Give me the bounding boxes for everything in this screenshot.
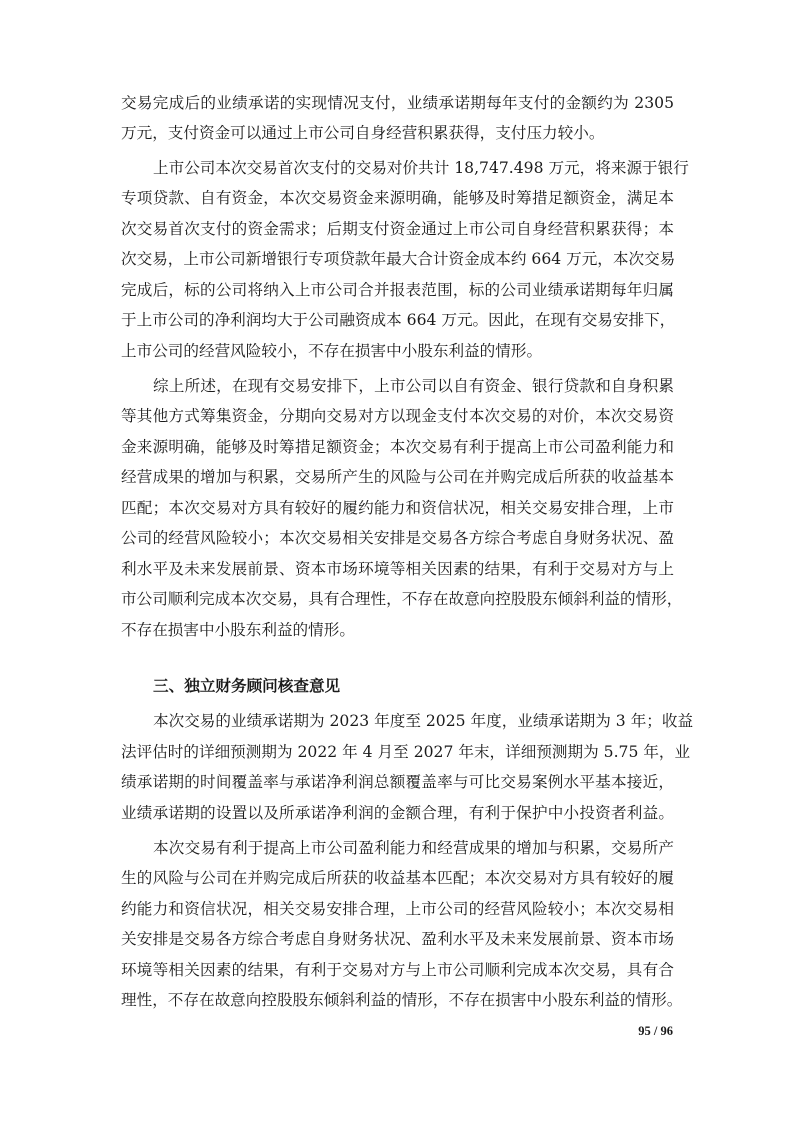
paragraph-3-line-1: 综上所述，在现有交易安排下，上市公司以自有资金、银行贷款和自身积累 xyxy=(153,374,674,398)
paragraph-2-line-2: 专项贷款、自有资金，本次交易资金来源明确，能够及时筹措足额资金，满足本 xyxy=(121,186,674,210)
paragraph-3-line-2: 等其他方式筹集资金，分期向交易对方以现金支付本次交易的对价，本次交易资 xyxy=(121,404,674,428)
paragraph-3-line-4: 经营成果的增加与积累，交易所产生的风险与公司在并购完成后所获的收益基本 xyxy=(121,465,674,489)
paragraph-3-line-3: 金来源明确，能够及时筹措足额资金；本次交易有利于提高上市公司盈利能力和 xyxy=(121,435,674,459)
section-paragraph-2-line-3: 约能力和资信状况，相关交易安排合理，上市公司的经营风险较小；本次交易相 xyxy=(121,897,674,921)
section-paragraph-1-line-1: 本次交易的业绩承诺期为 2023 年度至 2025 年度，业绩承诺期为 3 年；… xyxy=(153,709,674,733)
section-paragraph-2-line-2: 生的风险与公司在并购完成后所获的收益基本匹配；本次交易对方具有较好的履 xyxy=(121,866,674,890)
paragraph-3-line-7: 利水平及未来发展前景、资本市场环境等相关因素的结果，有利于交易对方与上 xyxy=(121,557,674,581)
paragraph-2-line-1: 上市公司本次交易首次支付的交易对价共计 18,747.498 万元，将来源于银行 xyxy=(153,156,674,180)
paragraph-2-line-3: 次交易首次支付的资金需求；后期支付资金通过上市公司自身经营积累获得；本 xyxy=(121,217,674,241)
paragraph-1-line-2: 万元，支付资金可以通过上市公司自身经营积累获得，支付压力较小。 xyxy=(121,121,674,145)
document-page: 交易完成后的业绩承诺的实现情况支付，业绩承诺期每年支付的金额约为 2305 万元… xyxy=(0,0,793,1122)
paragraph-3-line-8: 市公司顺利完成本次交易，具有合理性，不存在故意向控股股东倾斜利益的情形， xyxy=(121,587,674,611)
section-paragraph-1-line-2: 法评估时的详细预测期为 2022 年 4 月至 2027 年末，详细预测期为 5… xyxy=(121,740,674,764)
section-heading: 三、独立财务顾问核查意见 xyxy=(153,674,340,698)
section-paragraph-2-line-4: 关安排是交易各方综合考虑自身财务状况、盈利水平及未来发展前景、资本市场 xyxy=(121,927,674,951)
paragraph-2-line-4: 次交易，上市公司新增银行专项贷款年最大合计资金成本约 664 万元，本次交易 xyxy=(121,247,674,271)
paragraph-2-line-5: 完成后，标的公司将纳入上市公司合并报表范围，标的公司业绩承诺期每年归属 xyxy=(121,278,674,302)
section-paragraph-2-line-6: 理性，不存在故意向控股股东倾斜利益的情形，不存在损害中小股东利益的情形。 xyxy=(121,988,674,1012)
paragraph-2-line-6: 于上市公司的净利润均大于公司融资成本 664 万元。因此，在现有交易安排下， xyxy=(121,308,674,332)
paragraph-2-line-7: 上市公司的经营风险较小，不存在损害中小股东利益的情形。 xyxy=(121,339,674,363)
section-paragraph-1-line-4: 业绩承诺期的设置以及所承诺净利润的金额合理，有利于保护中小投资者利益。 xyxy=(121,801,674,825)
page-number: 95 / 96 xyxy=(638,1024,673,1039)
paragraph-3-line-9: 不存在损害中小股东利益的情形。 xyxy=(121,618,674,642)
paragraph-3-line-5: 匹配；本次交易对方具有较好的履约能力和资信状况，相关交易安排合理，上市 xyxy=(121,496,674,520)
section-paragraph-1-line-3: 绩承诺期的时间覆盖率与承诺净利润总额覆盖率与可比交易案例水平基本接近， xyxy=(121,770,674,794)
paragraph-1-line-1: 交易完成后的业绩承诺的实现情况支付，业绩承诺期每年支付的金额约为 2305 xyxy=(121,91,674,115)
paragraph-3-line-6: 公司的经营风险较小；本次交易相关安排是交易各方综合考虑自身财务状况、盈 xyxy=(121,526,674,550)
section-paragraph-2-line-1: 本次交易有利于提高上市公司盈利能力和经营成果的增加与积累，交易所产 xyxy=(153,836,674,860)
section-paragraph-2-line-5: 环境等相关因素的结果，有利于交易对方与上市公司顺利完成本次交易，具有合 xyxy=(121,958,674,982)
